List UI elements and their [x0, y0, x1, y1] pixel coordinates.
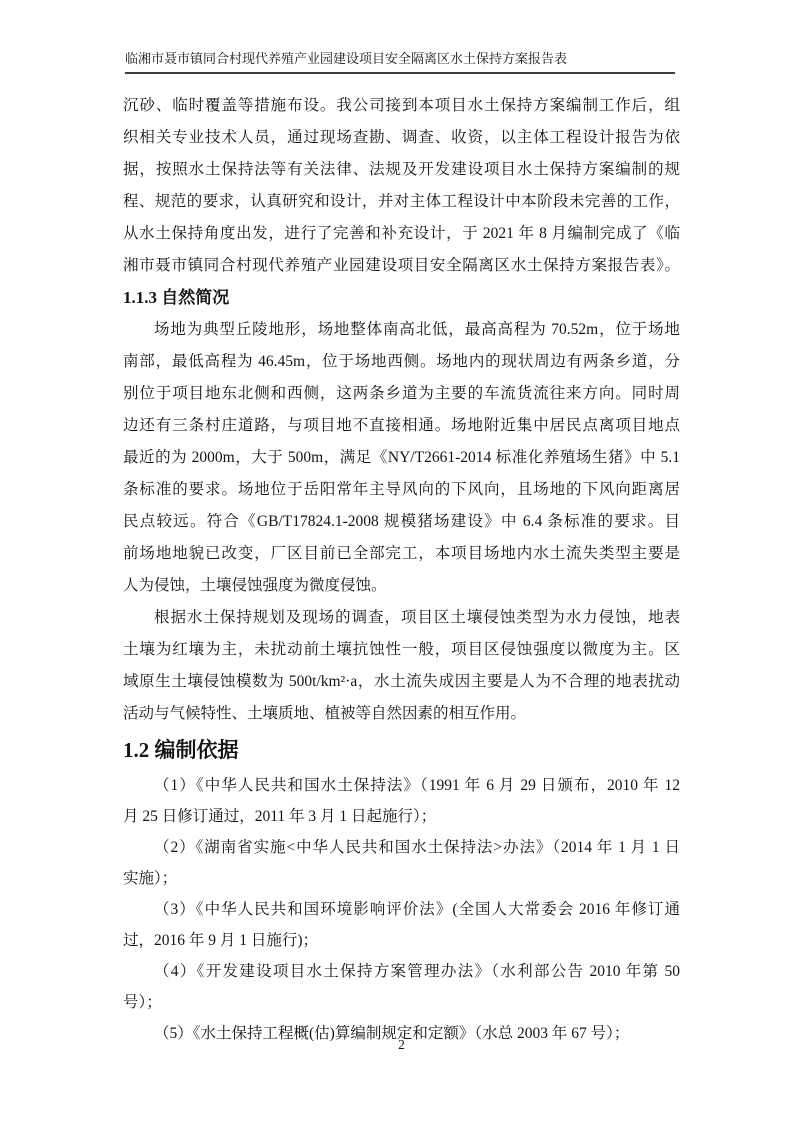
text-line: 人为侵蚀，土壤侵蚀强度为微度侵蚀。 [123, 570, 680, 602]
text-line: 民点较远。符合《GB/T17824.1-2008 规模猪场建设》中 6.4 条标… [123, 506, 680, 538]
text-line: 月 25 日修订通过，2011 年 3 月 1 日起施行）； [123, 801, 680, 832]
page-footer: 2 [123, 1036, 680, 1054]
text-line: 湘市聂市镇同合村现代养殖产业园建设项目安全隔离区水土保持方案报告表》。 [123, 250, 680, 282]
heading-1-2: 1.2 编制依据 [123, 730, 680, 770]
document-page: 临湘市聂市镇同合村现代养殖产业园建设项目安全隔离区水土保持方案报告表 沉砂、临时… [0, 0, 793, 1122]
text-line: （4）《开发建设项目水土保持方案管理办法》（水利部公告 2010 年第 50 [123, 956, 680, 987]
references-list: （1）《中华人民共和国水土保持法》（1991 年 6 月 29 日颁布，2010… [123, 770, 680, 1049]
paragraph-site: 场地为典型丘陵地形，场地整体南高北低，最高高程为 70.52m，位于场地 南部，… [123, 314, 680, 602]
text-line: 别位于项目地东北侧和西侧，这两条乡道为主要的车流货流往来方向。同时周 [123, 378, 680, 410]
text-line: 场地为典型丘陵地形，场地整体南高北低，最高高程为 70.52m，位于场地 [123, 314, 680, 346]
text-line: 最近的为 2000m，大于 500m，满足《NY/T2661-2014 标准化养… [123, 442, 680, 474]
page-number: 2 [398, 1037, 405, 1052]
reference-item: （2）《湖南省实施<中华人民共和国水土保持法>办法》（2014 年 1 月 1 … [123, 832, 680, 894]
text-line: 条标准的要求。场地位于岳阳常年主导风向的下风向，且场地的下风向距离居 [123, 474, 680, 506]
text-line: 域原生土壤侵蚀模数为 500t/km²·a，水土流失成因主要是人为不合理的地表扰… [123, 666, 680, 698]
reference-item: （1）《中华人民共和国水土保持法》（1991 年 6 月 29 日颁布，2010… [123, 770, 680, 832]
text-line: （1）《中华人民共和国水土保持法》（1991 年 6 月 29 日颁布，2010… [123, 770, 680, 801]
reference-item: （4）《开发建设项目水土保持方案管理办法》（水利部公告 2010 年第 50 号… [123, 956, 680, 1018]
text-line: 根据水土保持规划及现场的调查，项目区土壤侵蚀类型为水力侵蚀，地表 [123, 602, 680, 634]
text-line: （3）《中华人民共和国环境影响评价法》(全国人大常委会 2016 年修订通 [123, 894, 680, 925]
heading-1-1-3: 1.1.3 自然简况 [123, 282, 680, 314]
paragraph-intro: 沉砂、临时覆盖等措施布设。我公司接到本项目水土保持方案编制工作后，组 织相关专业… [123, 90, 680, 282]
text-line: 实施）； [123, 863, 680, 894]
text-line: 南部，最低高程为 46.45m，位于场地西侧。场地内的现状周边有两条乡道，分 [123, 346, 680, 378]
text-line: 前场地地貌已改变，厂区目前已全部完工，本项目场地内水土流失类型主要是 [123, 538, 680, 570]
page-header: 临湘市聂市镇同合村现代养殖产业园建设项目安全隔离区水土保持方案报告表 [125, 50, 675, 74]
text-line: 边还有三条村庄道路，与项目地不直接相通。场地附近集中居民点离项目地点 [123, 410, 680, 442]
text-line: 活动与气候特性、土壤质地、植被等自然因素的相互作用。 [123, 698, 680, 730]
paragraph-erosion: 根据水土保持规划及现场的调查，项目区土壤侵蚀类型为水力侵蚀，地表 土壤为红壤为主… [123, 602, 680, 730]
header-title: 临湘市聂市镇同合村现代养殖产业园建设项目安全隔离区水土保持方案报告表 [125, 50, 675, 67]
text-line: 据，按照水土保持法等有关法律、法规及开发建设项目水土保持方案编制的规 [123, 154, 680, 186]
page-body: 沉砂、临时覆盖等措施布设。我公司接到本项目水土保持方案编制工作后，组 织相关专业… [123, 90, 680, 1049]
text-line: 沉砂、临时覆盖等措施布设。我公司接到本项目水土保持方案编制工作后，组 [123, 90, 680, 122]
text-line: 从水土保持角度出发，进行了完善和补充设计，于 2021 年 8 月编制完成了《临 [123, 218, 680, 250]
text-line: 过，2016 年 9 月 1 日施行)； [123, 925, 680, 956]
text-line: 程、规范的要求，认真研究和设计，并对主体工程设计中本阶段未完善的工作， [123, 186, 680, 218]
text-line: （2）《湖南省实施<中华人民共和国水土保持法>办法》（2014 年 1 月 1 … [123, 832, 680, 863]
reference-item: （3）《中华人民共和国环境影响评价法》(全国人大常委会 2016 年修订通 过，… [123, 894, 680, 956]
text-line: 织相关专业技术人员，通过现场查勘、调查、收资，以主体工程设计报告为依 [123, 122, 680, 154]
text-line: 号）； [123, 987, 680, 1018]
text-line: 土壤为红壤为主，未扰动前土壤抗蚀性一般，项目区侵蚀强度以微度为主。区 [123, 634, 680, 666]
